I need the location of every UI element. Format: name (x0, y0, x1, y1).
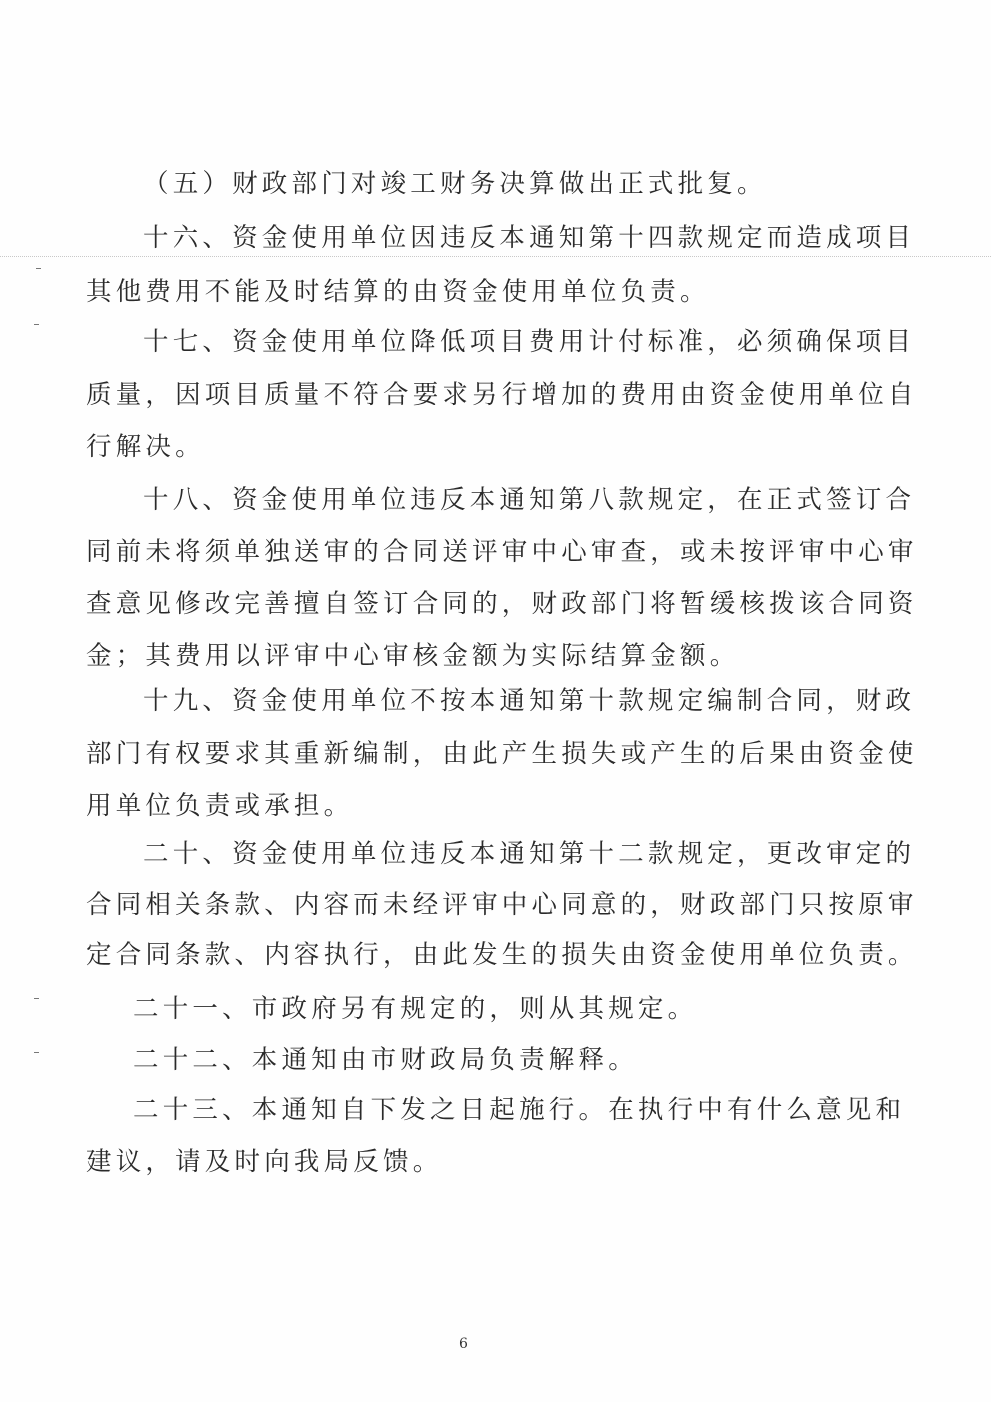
text-line: 行解决。 (86, 431, 205, 463)
scan-speck (36, 268, 41, 269)
text-line: 合同相关条款、内容而未经评审中心同意的，财政部门只按原审 (86, 889, 918, 921)
page-number: 6 (459, 1336, 468, 1352)
text-line: 十八、资金使用单位违反本通知第八款规定，在正式签订合 (143, 484, 915, 516)
text-line: 其他费用不能及时结算的由资金使用单位负责。 (86, 276, 710, 308)
scan-dotted-rule (0, 256, 991, 257)
scan-speck (34, 998, 39, 999)
text-line: 二十三、本通知自下发之日起施行。在执行中有什么意见和 (133, 1094, 905, 1126)
scan-speck (34, 1052, 39, 1053)
text-line: （五）财政部门对竣工财务决算做出正式批复。 (143, 168, 767, 200)
text-line: 金；其费用以评审中心审核金额为实际结算金额。 (86, 640, 739, 672)
text-line: 二十一、市政府另有规定的，则从其规定。 (133, 993, 697, 1025)
text-line: 十七、资金使用单位降低项目费用计付标准，必须确保项目 (143, 326, 915, 358)
text-line: 部门有权要求其重新编制，由此产生损失或产生的后果由资金使 (86, 738, 918, 770)
text-line: 十九、资金使用单位不按本通知第十款规定编制合同，财政 (143, 685, 915, 717)
text-line: 二十二、本通知由市财政局负责解释。 (133, 1044, 638, 1076)
text-line: 建议，请及时向我局反馈。 (86, 1146, 442, 1178)
text-line: 用单位负责或承担。 (86, 790, 353, 822)
text-line: 定合同条款、内容执行，由此发生的损失由资金使用单位负责。 (86, 939, 918, 971)
text-line: 二十、资金使用单位违反本通知第十二款规定，更改审定的 (143, 838, 915, 870)
text-line: 查意见修改完善擅自签订合同的，财政部门将暂缓核拨该合同资 (86, 588, 918, 620)
text-line: 十六、资金使用单位因违反本通知第十四款规定而造成项目 (143, 222, 915, 254)
text-line: 质量，因项目质量不符合要求另行增加的费用由资金使用单位自 (86, 379, 918, 411)
scan-speck (34, 324, 39, 325)
text-line: 同前未将须单独送审的合同送评审中心审查，或未按评审中心审 (86, 536, 918, 568)
